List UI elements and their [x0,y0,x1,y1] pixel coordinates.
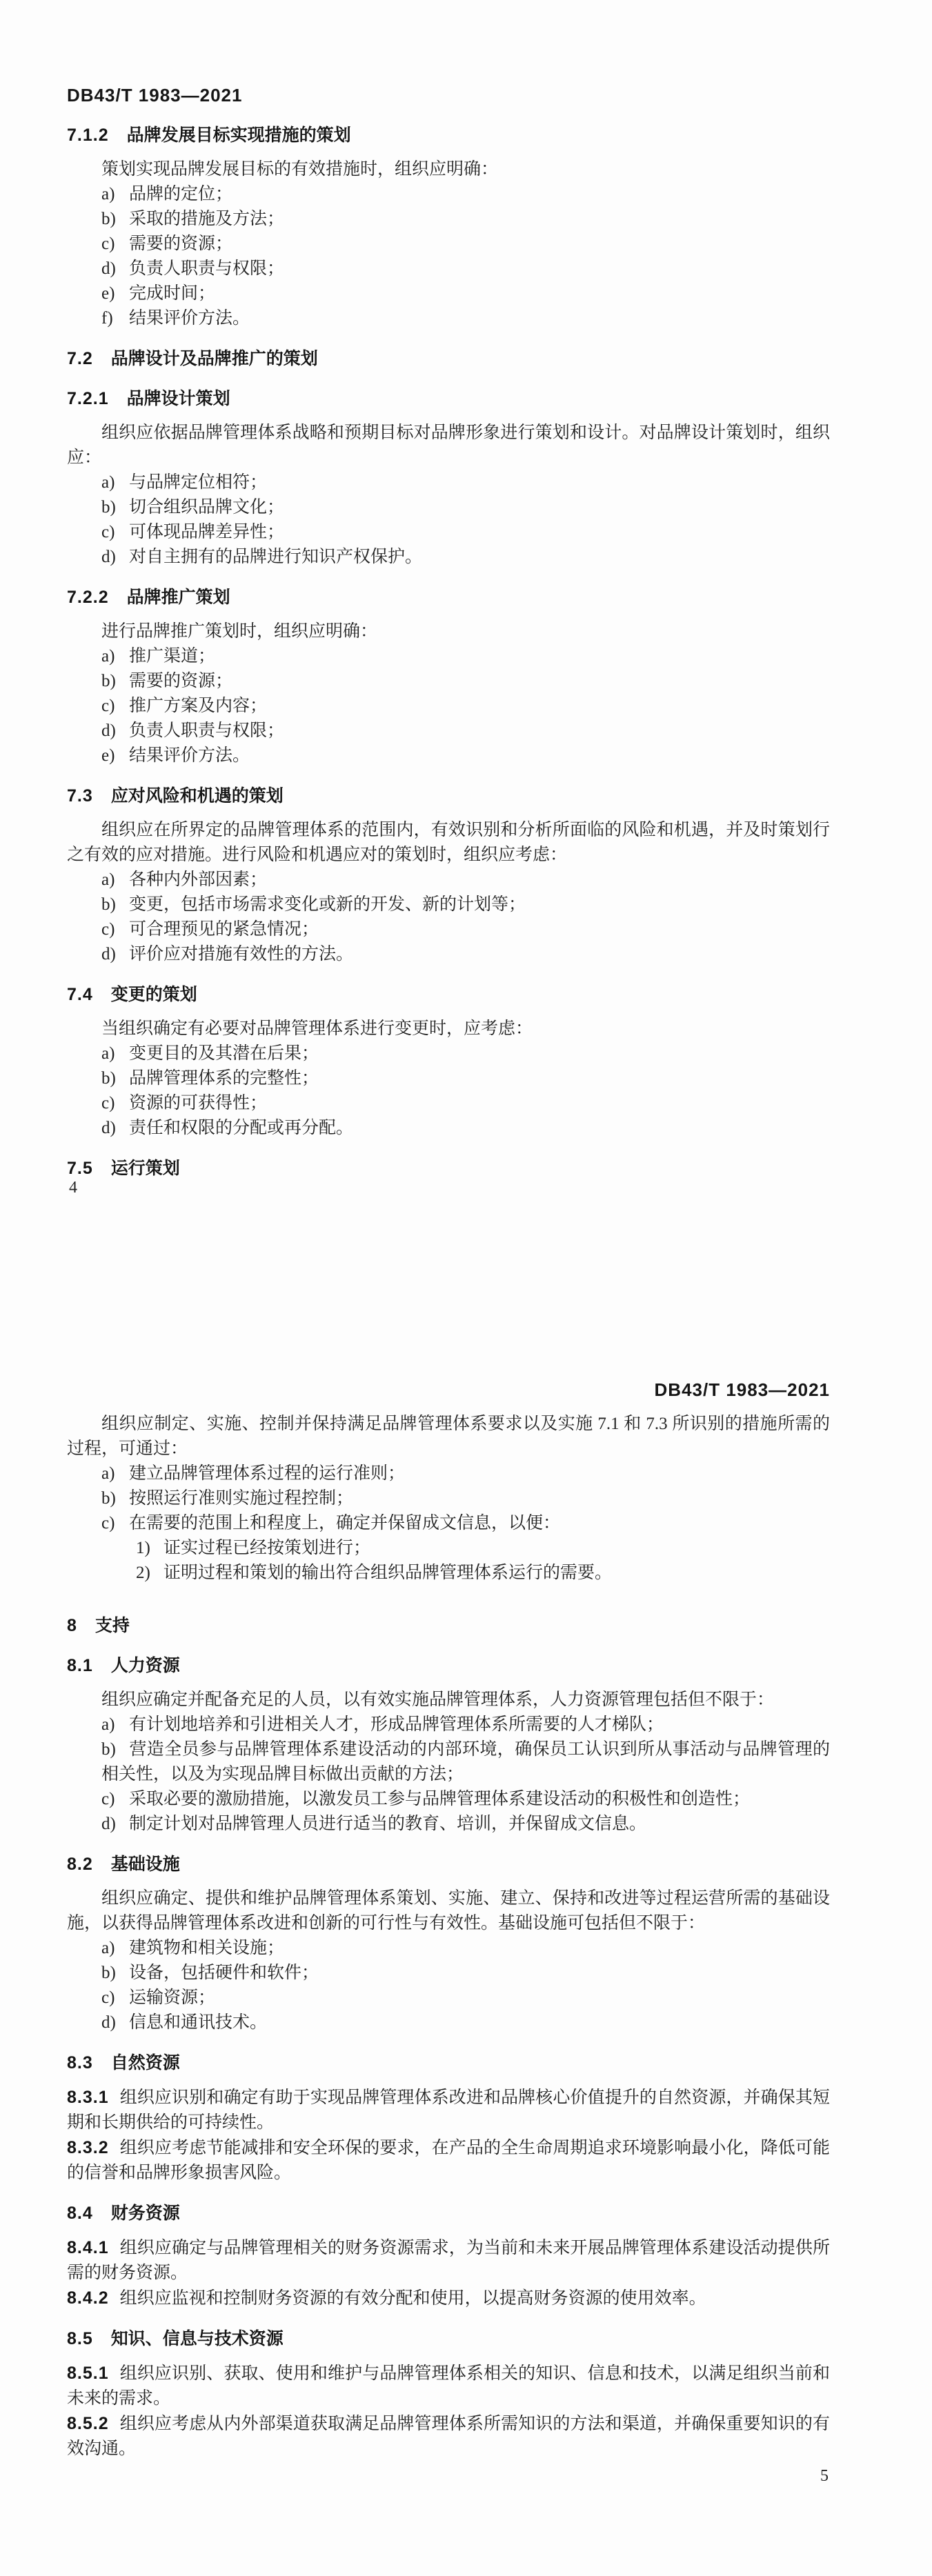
heading-number: 7.3 [67,786,93,806]
list-item-label: d) [101,719,129,743]
clause-paragraph: 8.5.1组织应识别、获取、使用和维护与品牌管理体系相关的知识、信息和技术，以满… [67,2361,830,2411]
sub-list-item-label: 1) [136,1536,163,1561]
heading-title: 财务资源 [111,2204,180,2223]
clause-number: 8.4.1 [67,2238,109,2257]
list-item-text: 采取必要的激励措施，以激发员工参与品牌管理体系建设活动的积极性和创造性； [129,1790,750,1808]
list-item-text: 可合理预见的紧急情况； [129,920,319,939]
clause-number: 8.5.1 [67,2364,109,2383]
list-item-label: d) [101,2010,129,2035]
list-item-text: 结果评价方法。 [129,746,250,765]
list-item-label: d) [101,942,129,967]
heading-number: 7.2 [67,349,93,368]
page-number: 4 [69,1177,77,1198]
heading-number: 8.3 [67,2053,93,2073]
ordered-list: a)与品牌定位相符；b)切合组织品牌文化；c)可体现品牌差异性；d)对自主拥有的… [67,470,830,570]
section-heading: 7.2.2品牌推广策划 [67,585,830,610]
list-item: a)建立品牌管理体系过程的运行准则； [101,1461,830,1486]
section-heading: 8支持 [67,1613,830,1638]
list-item: a)有计划地培养和引进相关人才，形成品牌管理体系所需要的人才梯队； [101,1713,830,1737]
clause-paragraph: 8.5.2组织应考虑从内外部渠道获取满足品牌管理体系所需知识的方法和渠道，并确保… [67,2411,830,2462]
ordered-list: a)建立品牌管理体系过程的运行准则；b)按照运行准则实施过程控制；c)在需要的范… [67,1461,830,1586]
heading-title: 运行策划 [111,1159,180,1178]
list-item-text: 切合组织品牌文化； [129,498,284,517]
clause-number: 8.5.2 [67,2414,109,2433]
heading-title: 品牌发展目标实现措施的策划 [127,126,351,145]
ordered-list: a)各种内外部因素；b)变更，包括市场需求变化或新的开发、新的计划等；c)可合理… [67,868,830,967]
heading-title: 品牌设计策划 [127,389,230,408]
clause-text: 组织应考虑从内外部渠道获取满足品牌管理体系所需知识的方法和渠道，并确保重要知识的… [67,2415,830,2458]
list-item: c)需要的资源； [101,232,830,257]
list-item-label: f) [101,306,129,331]
paragraph: 策划实现品牌发展目标的有效措施时，组织应明确： [67,157,830,182]
list-item-label: c) [101,917,129,942]
document-canvas: DB43/T 1983—20217.1.2品牌发展目标实现措施的策划策划实现品牌… [0,0,932,2576]
section-heading: 7.2品牌设计及品牌推广的策划 [67,346,830,371]
section-heading: 7.1.2品牌发展目标实现措施的策划 [67,123,830,148]
list-item-text: 完成时间； [129,284,215,303]
list-item-text: 负责人职责与权限； [129,721,284,740]
heading-number: 8.2 [67,1855,93,1874]
heading-title: 应对风险和机遇的策划 [111,786,284,806]
heading-number: 7.2.1 [67,389,109,408]
list-item: e)结果评价方法。 [101,743,830,768]
list-item: d)信息和通讯技术。 [101,2010,830,2035]
list-item: d)负责人职责与权限； [101,719,830,743]
section-heading: 8.4财务资源 [67,2201,830,2226]
list-item-label: b) [101,1961,129,1986]
list-item-text: 建筑物和相关设施； [129,1939,284,1957]
list-item-label: d) [101,1116,129,1141]
clause-paragraph: 8.4.2组织应监视和控制财务资源的有效分配和使用，以提高财务资源的使用效率。 [67,2286,830,2311]
list-item-label: a) [101,470,129,495]
list-item-text: 推广方案及内容； [129,697,267,715]
ordered-list: a)有计划地培养和引进相关人才，形成品牌管理体系所需要的人才梯队；b)营造全员参… [67,1713,830,1837]
list-item: a)品牌的定位； [101,182,830,207]
list-item-label: a) [101,1461,129,1486]
list-item-text: 推广渠道； [129,647,215,666]
list-item-label: a) [101,1936,129,1961]
heading-number: 8 [67,1616,77,1635]
page-header-code: DB43/T 1983—2021 [67,1377,830,1402]
list-item-label: c) [101,1986,129,2010]
section-heading: 7.3应对风险和机遇的策划 [67,783,830,808]
list-item-text: 品牌管理体系的完整性； [129,1069,319,1088]
list-item-text: 可体现品牌差异性； [129,523,284,541]
list-item-text: 营造全员参与品牌管理体系建设活动的内部环境，确保员工认识到所从事活动与品牌管理的… [101,1740,830,1784]
heading-title: 人力资源 [111,1656,180,1675]
list-item-text: 变更，包括市场需求变化或新的开发、新的计划等； [129,895,526,914]
sub-list-item: 1)证实过程已经按策划进行； [136,1536,830,1561]
list-item: b)采取的措施及方法； [101,207,830,232]
clause-text: 组织应考虑节能减排和安全环保的要求，在产品的全生命周期追求环境影响最小化，降低可… [67,2139,830,2182]
sub-list-item-label: 2) [136,1561,163,1586]
page-header-code: DB43/T 1983—2021 [67,83,830,108]
clause-text: 组织应监视和控制财务资源的有效分配和使用，以提高财务资源的使用效率。 [120,2289,706,2308]
clause-paragraph: 8.4.1组织应确定与品牌管理相关的财务资源需求，为当前和未来开展品牌管理体系建… [67,2235,830,2286]
list-item-text: 按照运行准则实施过程控制； [129,1489,353,1508]
list-item-text: 采取的措施及方法； [129,210,284,228]
list-item: e)完成时间； [101,281,830,306]
list-item-text: 运输资源； [129,1988,215,2007]
list-item-label: c) [101,694,129,719]
list-item: c)可体现品牌差异性； [101,520,830,545]
list-item: a)各种内外部因素； [101,868,830,892]
list-item: a)建筑物和相关设施； [101,1936,830,1961]
list-item: a)推广渠道； [101,644,830,669]
paragraph: 组织应依据品牌管理体系战略和预期目标对品牌形象进行策划和设计。对品牌设计策划时，… [67,421,830,470]
heading-title: 品牌推广策划 [127,588,230,607]
list-item: c)运输资源； [101,1986,830,2010]
list-item-text: 资源的可获得性； [129,1094,267,1112]
list-item-text: 对自主拥有的品牌进行知识产权保护。 [129,548,422,566]
list-item: c)在需要的范围上和程度上，确定并保留成文信息，以便： [101,1511,830,1536]
list-item-label: b) [101,1486,129,1511]
list-item-label: c) [101,1511,129,1536]
heading-title: 知识、信息与技术资源 [111,2329,284,2348]
list-item: b)设备，包括硬件和软件； [101,1961,830,1986]
list-item-text: 制定计划对品牌管理人员进行适当的教育、培训，并保留成文信息。 [129,1815,646,1833]
section-heading: 7.5运行策划 [67,1156,830,1181]
heading-number: 7.1.2 [67,126,109,145]
list-item-text: 负责人职责与权限； [129,259,284,278]
list-item: d)制定计划对品牌管理人员进行适当的教育、培训，并保留成文信息。 [101,1812,830,1837]
list-item-label: d) [101,257,129,281]
list-item-text: 设备，包括硬件和软件； [129,1964,319,1982]
list-item-label: a) [101,182,129,207]
ordered-list: a)推广渠道；b)需要的资源；c)推广方案及内容；d)负责人职责与权限；e)结果… [67,644,830,768]
clause-number: 8.3.2 [67,2138,109,2157]
heading-number: 7.5 [67,1159,93,1178]
clause-number: 8.3.1 [67,2088,109,2107]
list-item-label: c) [101,1091,129,1116]
clause-paragraph: 8.3.1组织应识别和确定有助于实现品牌管理体系改进和品牌核心价值提升的自然资源… [67,2085,830,2135]
list-item: a)变更目的及其潜在后果； [101,1041,830,1066]
sub-list-item: 2)证明过程和策划的输出符合组织品牌管理体系运行的需要。 [136,1561,830,1586]
heading-number: 7.4 [67,985,93,1004]
list-item-text: 需要的资源； [129,234,232,253]
list-item: c)资源的可获得性； [101,1091,830,1116]
list-item-text: 建立品牌管理体系过程的运行准则； [129,1464,405,1483]
list-item-label: b) [101,495,129,520]
list-item: b)品牌管理体系的完整性； [101,1066,830,1091]
list-item-label: b) [101,1737,129,1762]
list-item: b)变更，包括市场需求变化或新的开发、新的计划等； [101,892,830,917]
list-item-label: b) [101,207,129,232]
list-item-label: a) [101,1041,129,1066]
clause-text: 组织应识别和确定有助于实现品牌管理体系改进和品牌核心价值提升的自然资源，并确保其… [67,2088,830,2132]
heading-number: 8.1 [67,1656,93,1675]
list-item-label: a) [101,868,129,892]
list-item-label: c) [101,1787,129,1812]
section-heading: 8.3自然资源 [67,2050,830,2075]
list-item-text: 品牌的定位； [129,185,232,203]
heading-title: 变更的策划 [111,985,197,1004]
paragraph: 组织应确定、提供和维护品牌管理体系策划、实施、建立、保持和改进等过程运营所需的基… [67,1886,830,1936]
document-page: DB43/T 1983—20217.1.2品牌发展目标实现措施的策划策划实现品牌… [0,0,932,1288]
ordered-list: a)变更目的及其潜在后果；b)品牌管理体系的完整性；c)资源的可获得性；d)责任… [67,1041,830,1141]
list-item-label: a) [101,644,129,669]
list-item-label: b) [101,892,129,917]
section-heading: 8.2基础设施 [67,1852,830,1877]
list-item: c)推广方案及内容； [101,694,830,719]
list-item-text: 与品牌定位相符； [129,473,267,492]
list-item-text: 需要的资源； [129,672,232,690]
list-item-text: 信息和通讯技术。 [129,2013,267,2032]
list-item-text: 责任和权限的分配或再分配。 [129,1119,353,1137]
list-item-text: 评价应对措施有效性的方法。 [129,945,353,963]
section-heading: 7.4变更的策划 [67,982,830,1007]
list-item: c)可合理预见的紧急情况； [101,917,830,942]
list-item-text: 结果评价方法。 [129,309,250,328]
ordered-list: a)建筑物和相关设施；b)设备，包括硬件和软件；c)运输资源；d)信息和通讯技术… [67,1936,830,2035]
list-item: f)结果评价方法。 [101,306,830,331]
list-item-label: d) [101,1812,129,1837]
paragraph: 组织应确定并配备充足的人员，以有效实施品牌管理体系，人力资源管理包括但不限于： [67,1688,830,1713]
heading-title: 基础设施 [111,1855,180,1874]
section-heading: 7.2.1品牌设计策划 [67,386,830,411]
clause-text: 组织应确定与品牌管理相关的财务资源需求，为当前和未来开展品牌管理体系建设活动提供… [67,2239,830,2282]
list-item: b)需要的资源； [101,669,830,694]
heading-number: 8.4 [67,2204,93,2223]
list-item-text: 变更目的及其潜在后果； [129,1044,319,1063]
list-item: b)营造全员参与品牌管理体系建设活动的内部环境，确保员工认识到所从事活动与品牌管… [101,1737,830,1787]
list-item-label: c) [101,232,129,257]
clause-text: 组织应识别、获取、使用和维护与品牌管理体系相关的知识、信息和技术，以满足组织当前… [67,2364,830,2408]
clause-paragraph: 8.3.2组织应考虑节能减排和安全环保的要求，在产品的全生命周期追求环境影响最小… [67,2135,830,2186]
section-heading: 8.5知识、信息与技术资源 [67,2326,830,2351]
list-item: a)与品牌定位相符； [101,470,830,495]
list-item: c)采取必要的激励措施，以激发员工参与品牌管理体系建设活动的积极性和创造性； [101,1787,830,1812]
list-item: d)评价应对措施有效性的方法。 [101,942,830,967]
heading-title: 支持 [95,1616,130,1635]
paragraph: 组织应制定、实施、控制并保持满足品牌管理体系要求以及实施 7.1 和 7.3 所… [67,1412,830,1461]
paragraph: 当组织确定有必要对品牌管理体系进行变更时，应考虑： [67,1017,830,1041]
clause-number: 8.4.2 [67,2288,109,2308]
list-item: b)切合组织品牌文化； [101,495,830,520]
list-item-label: d) [101,545,129,570]
document-page: DB43/T 1983—2021组织应制定、实施、控制并保持满足品牌管理体系要求… [0,1288,932,2576]
list-item-label: e) [101,281,129,306]
list-item: b)按照运行准则实施过程控制； [101,1486,830,1511]
list-item: d)责任和权限的分配或再分配。 [101,1116,830,1141]
list-item-text: 有计划地培养和引进相关人才，形成品牌管理体系所需要的人才梯队； [129,1715,664,1734]
sub-list-item-text: 证实过程已经按策划进行； [163,1539,370,1557]
list-item-label: b) [101,1066,129,1091]
section-heading: 8.1人力资源 [67,1653,830,1678]
list-item: d)对自主拥有的品牌进行知识产权保护。 [101,545,830,570]
list-item-label: a) [101,1713,129,1737]
sub-list-item-text: 证明过程和策划的输出符合组织品牌管理体系运行的需要。 [163,1564,612,1582]
list-item-text: 在需要的范围上和程度上，确定并保留成文信息，以便： [129,1514,560,1532]
list-item-label: b) [101,669,129,694]
page-number: 5 [820,2466,829,2486]
ordered-list: a)品牌的定位；b)采取的措施及方法；c)需要的资源；d)负责人职责与权限；e)… [67,182,830,331]
heading-title: 品牌设计及品牌推广的策划 [111,349,318,368]
heading-number: 7.2.2 [67,588,109,607]
paragraph: 进行品牌推广策划时，组织应明确： [67,619,830,644]
heading-title: 自然资源 [111,2053,180,2073]
list-item-label: c) [101,520,129,545]
heading-number: 8.5 [67,2329,93,2348]
list-item-label: e) [101,743,129,768]
list-item: d)负责人职责与权限； [101,257,830,281]
list-item-text: 各种内外部因素； [129,870,267,889]
paragraph: 组织应在所界定的品牌管理体系的范围内，有效识别和分析所面临的风险和机遇，并及时策… [67,818,830,868]
